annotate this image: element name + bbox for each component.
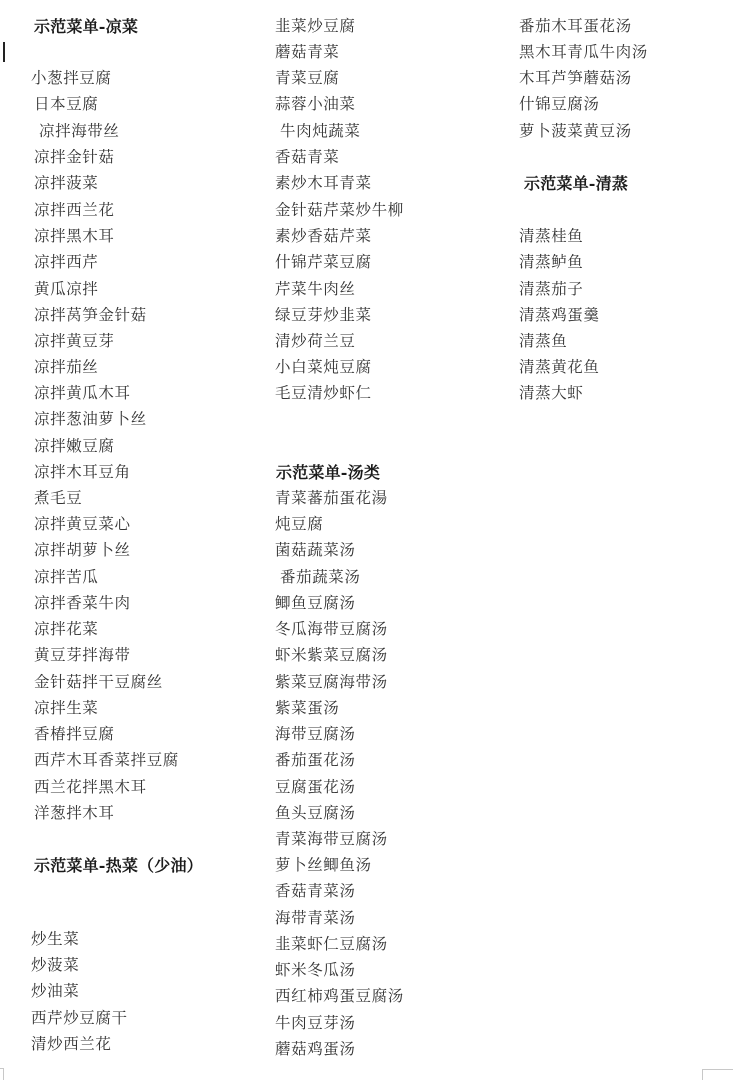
list-item: 凉拌菠菜 bbox=[34, 173, 98, 193]
list-item: 凉拌黄豆芽 bbox=[34, 331, 115, 351]
list-item: 木耳芦笋蘑菇汤 bbox=[519, 68, 632, 88]
section-title-soup: 示范菜单-汤类 bbox=[276, 463, 380, 483]
list-item: 清蒸桂鱼 bbox=[519, 226, 583, 246]
list-item: 清蒸黄花鱼 bbox=[519, 357, 600, 377]
list-item: 韭菜炒豆腐 bbox=[275, 16, 356, 36]
list-item: 炒菠菜 bbox=[31, 955, 79, 975]
list-item: 清炒西兰花 bbox=[31, 1034, 112, 1054]
list-item: 凉拌西芹 bbox=[34, 252, 98, 272]
list-item: 鲫鱼豆腐汤 bbox=[275, 593, 356, 613]
list-item: 虾米冬瓜汤 bbox=[275, 960, 356, 980]
list-item: 海带青菜汤 bbox=[275, 908, 356, 928]
list-item: 凉拌黑木耳 bbox=[34, 226, 115, 246]
section-title-hot: 示范菜单-热菜（少油） bbox=[34, 856, 203, 876]
list-item: 炖豆腐 bbox=[275, 514, 323, 534]
list-item: 黄瓜凉拌 bbox=[34, 279, 98, 299]
list-item: 韭菜虾仁豆腐汤 bbox=[275, 934, 388, 954]
list-item: 日本豆腐 bbox=[34, 94, 98, 114]
list-item: 毛豆清炒虾仁 bbox=[275, 383, 372, 403]
list-item: 西芹炒豆腐干 bbox=[31, 1008, 128, 1028]
list-item: 素炒香菇芹菜 bbox=[275, 226, 372, 246]
list-item: 凉拌黄豆菜心 bbox=[34, 514, 131, 534]
list-item: 金针菇拌干豆腐丝 bbox=[34, 672, 163, 692]
list-item: 番茄蔬菜汤 bbox=[280, 567, 361, 587]
list-item: 鱼头豆腐汤 bbox=[275, 803, 356, 823]
list-item: 凉拌花菜 bbox=[34, 619, 98, 639]
list-item: 凉拌香菜牛肉 bbox=[34, 593, 131, 613]
list-item: 牛肉豆芽汤 bbox=[275, 1013, 356, 1033]
list-item: 海带豆腐汤 bbox=[275, 724, 356, 744]
list-item: 什锦芹菜豆腐 bbox=[275, 252, 372, 272]
list-item: 凉拌苦瓜 bbox=[34, 567, 98, 587]
list-item: 菌菇蔬菜汤 bbox=[275, 540, 356, 560]
list-item: 凉拌金针菇 bbox=[34, 147, 115, 167]
list-item: 萝卜菠菜黄豆汤 bbox=[519, 121, 632, 141]
list-item: 凉拌西兰花 bbox=[34, 200, 115, 220]
list-item: 凉拌葱油萝卜丝 bbox=[34, 409, 147, 429]
list-item: 番茄木耳蛋花汤 bbox=[519, 16, 632, 36]
list-item: 黑木耳青瓜牛肉汤 bbox=[519, 42, 648, 62]
list-item: 小白菜炖豆腐 bbox=[275, 357, 372, 377]
list-item: 洋葱拌木耳 bbox=[34, 803, 115, 823]
list-item: 凉拌木耳豆角 bbox=[34, 462, 131, 482]
list-item: 煮毛豆 bbox=[34, 488, 82, 508]
list-item: 青菜蕃茄蛋花湯 bbox=[275, 488, 388, 508]
list-item: 香菇青菜 bbox=[275, 147, 339, 167]
list-item: 香椿拌豆腐 bbox=[34, 724, 115, 744]
list-item: 凉拌黄瓜木耳 bbox=[34, 383, 131, 403]
list-item: 蘑菇青菜 bbox=[275, 42, 339, 62]
list-item: 凉拌莴笋金针菇 bbox=[34, 305, 147, 325]
list-item: 清蒸鸡蛋羹 bbox=[519, 305, 600, 325]
list-item: 什锦豆腐汤 bbox=[519, 94, 600, 114]
list-item: 西兰花拌黑木耳 bbox=[34, 777, 147, 797]
list-item: 萝卜丝鲫鱼汤 bbox=[275, 855, 372, 875]
list-item: 素炒木耳青菜 bbox=[275, 173, 372, 193]
list-item: 清蒸大虾 bbox=[519, 383, 583, 403]
page-margin-mark-bottom-left bbox=[0, 1068, 4, 1080]
list-item: 绿豆芽炒韭菜 bbox=[275, 305, 372, 325]
list-item: 黄豆芽拌海带 bbox=[34, 645, 131, 665]
text-cursor bbox=[3, 42, 5, 62]
list-item: 番茄蛋花汤 bbox=[275, 750, 356, 770]
list-item: 金针菇芹菜炒牛柳 bbox=[275, 200, 404, 220]
page-margin-mark-bottom-right bbox=[702, 1069, 733, 1080]
list-item: 香菇青菜汤 bbox=[275, 881, 356, 901]
section-title-cold: 示范菜单-凉菜 bbox=[34, 17, 138, 37]
list-item: 蘑菇鸡蛋汤 bbox=[275, 1039, 356, 1059]
list-item: 凉拌胡萝卜丝 bbox=[34, 540, 131, 560]
list-item: 紫菜蛋汤 bbox=[275, 698, 339, 718]
list-item: 凉拌茄丝 bbox=[34, 357, 98, 377]
list-item: 冬瓜海带豆腐汤 bbox=[275, 619, 388, 639]
list-item: 炒油菜 bbox=[31, 981, 79, 1001]
list-item: 炒生菜 bbox=[31, 929, 79, 949]
list-item: 清蒸鲈鱼 bbox=[519, 252, 583, 272]
document-page: 示范菜单-凉菜 小葱拌豆腐 日本豆腐 凉拌海带丝 凉拌金针菇 凉拌菠菜 凉拌西兰… bbox=[0, 0, 738, 1080]
list-item: 牛肉炖蔬菜 bbox=[280, 121, 361, 141]
list-item: 凉拌海带丝 bbox=[39, 121, 120, 141]
list-item: 西红柿鸡蛋豆腐汤 bbox=[275, 986, 404, 1006]
list-item: 清蒸鱼 bbox=[519, 331, 567, 351]
list-item: 清炒荷兰豆 bbox=[275, 331, 356, 351]
list-item: 凉拌生菜 bbox=[34, 698, 98, 718]
list-item: 虾米紫菜豆腐汤 bbox=[275, 645, 388, 665]
list-item: 西芹木耳香菜拌豆腐 bbox=[34, 750, 179, 770]
list-item: 芹菜牛肉丝 bbox=[275, 279, 356, 299]
list-item: 豆腐蛋花汤 bbox=[275, 777, 356, 797]
list-item: 青菜海带豆腐汤 bbox=[275, 829, 388, 849]
list-item: 蒜蓉小油菜 bbox=[275, 94, 356, 114]
list-item: 青菜豆腐 bbox=[275, 68, 339, 88]
section-title-steamed: 示范菜单-清蒸 bbox=[524, 174, 628, 194]
list-item: 小葱拌豆腐 bbox=[31, 68, 112, 88]
list-item: 清蒸茄子 bbox=[519, 279, 583, 299]
list-item: 紫菜豆腐海带汤 bbox=[275, 672, 388, 692]
list-item: 凉拌嫩豆腐 bbox=[34, 436, 115, 456]
